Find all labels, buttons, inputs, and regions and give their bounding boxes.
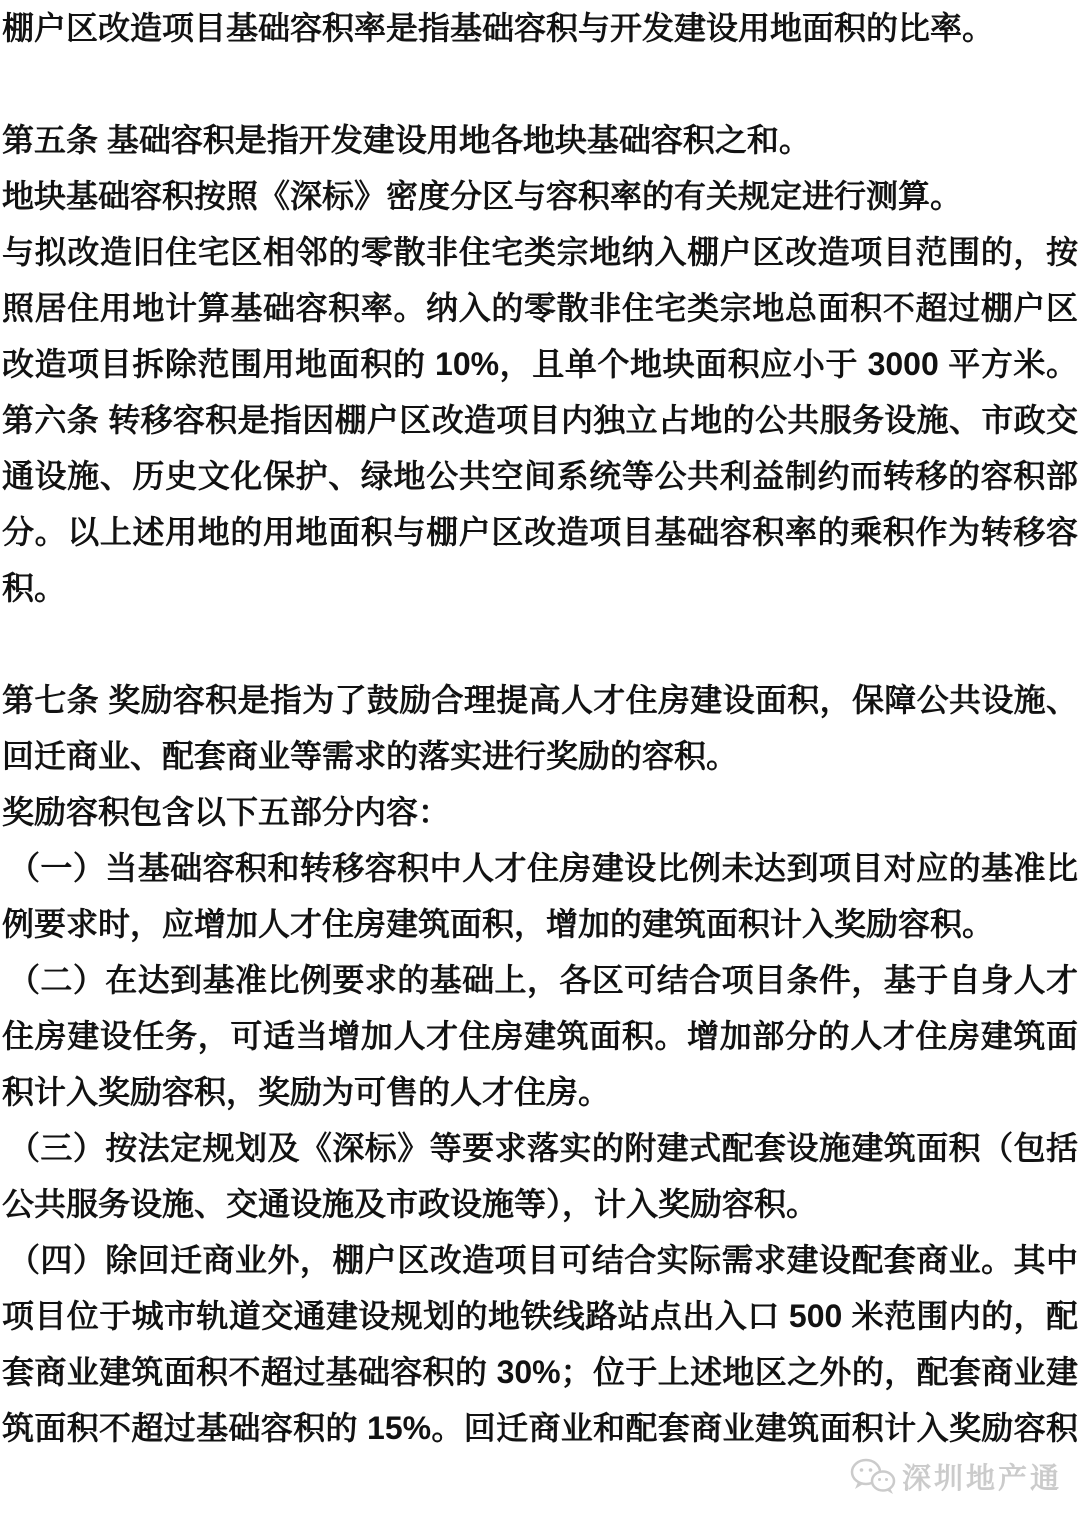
text-line: 与拟改造旧住宅区相邻的零散非住宅类宗地纳入棚户区改造项目范围的，按 [2,224,1078,280]
watermark: 深圳地产通 [850,1456,1062,1497]
text-line: 例要求时，应增加人才住房建筑面积，增加的建筑面积计入奖励容积。 [2,896,1078,952]
text-line: 住房建设任务，可适当增加人才住房建筑面积。增加部分的人才住房建筑面 [2,1008,1078,1064]
text-line: 第七条 奖励容积是指为了鼓励合理提高人才住房建设面积，保障公共设施、 [2,672,1078,728]
text-line: 积。 [2,560,1078,616]
text-line: 套商业建筑面积不超过基础容积的 30%；位于上述地区之外的，配套商业建 [2,1344,1078,1400]
text-line: 第五条 基础容积是指开发建设用地各地块基础容积之和。 [2,112,1078,168]
text-line: 第六条 转移容积是指因棚户区改造项目内独立占地的公共服务设施、市政交 [2,392,1078,448]
text-line: 项目位于城市轨道交通建设规划的地铁线路站点出入口 500 米范围内的，配 [2,1288,1078,1344]
text-line: 奖励容积包含以下五部分内容： [2,784,1078,840]
wechat-icon [850,1457,896,1497]
text-line: （三）按法定规划及《深标》等要求落实的附建式配套设施建筑面积（包括 [2,1120,1078,1176]
text-line: 分。以上述用地的用地面积与棚户区改造项目基础容积率的乘积作为转移容 [2,504,1078,560]
text-line: （四）除回迁商业外，棚户区改造项目可结合实际需求建设配套商业。其中 [2,1232,1078,1288]
text-line: （一）当基础容积和转移容积中人才住房建设比例未达到项目对应的基准比 [2,840,1078,896]
text-line: 照居住用地计算基础容积率。纳入的零散非住宅类宗地总面积不超过棚户区 [2,280,1078,336]
document-body: 棚户区改造项目基础容积率是指基础容积与开发建设用地面积的比率。 第五条 基础容积… [0,0,1080,1456]
paragraph-gap [2,616,1078,672]
text-line: 地块基础容积按照《深标》密度分区与容积率的有关规定进行测算。 [2,168,1078,224]
text-line: 通设施、历史文化保护、绿地公共空间系统等公共利益制约而转移的容积部 [2,448,1078,504]
paragraph-gap [2,56,1078,112]
text-line: 公共服务设施、交通设施及市政设施等），计入奖励容积。 [2,1176,1078,1232]
text-line: 改造项目拆除范围用地面积的 10%，且单个地块面积应小于 3000 平方米。 [2,336,1078,392]
text-line: 回迁商业、配套商业等需求的落实进行奖励的容积。 [2,728,1078,784]
text-line: 积计入奖励容积，奖励为可售的人才住房。 [2,1064,1078,1120]
text-line: 筑面积不超过基础容积的 15%。回迁商业和配套商业建筑面积计入奖励容积 [2,1400,1078,1456]
text-line: 棚户区改造项目基础容积率是指基础容积与开发建设用地面积的比率。 [2,0,1078,56]
text-line: （二）在达到基准比例要求的基础上，各区可结合项目条件，基于自身人才 [2,952,1078,1008]
watermark-label: 深圳地产通 [902,1456,1062,1497]
